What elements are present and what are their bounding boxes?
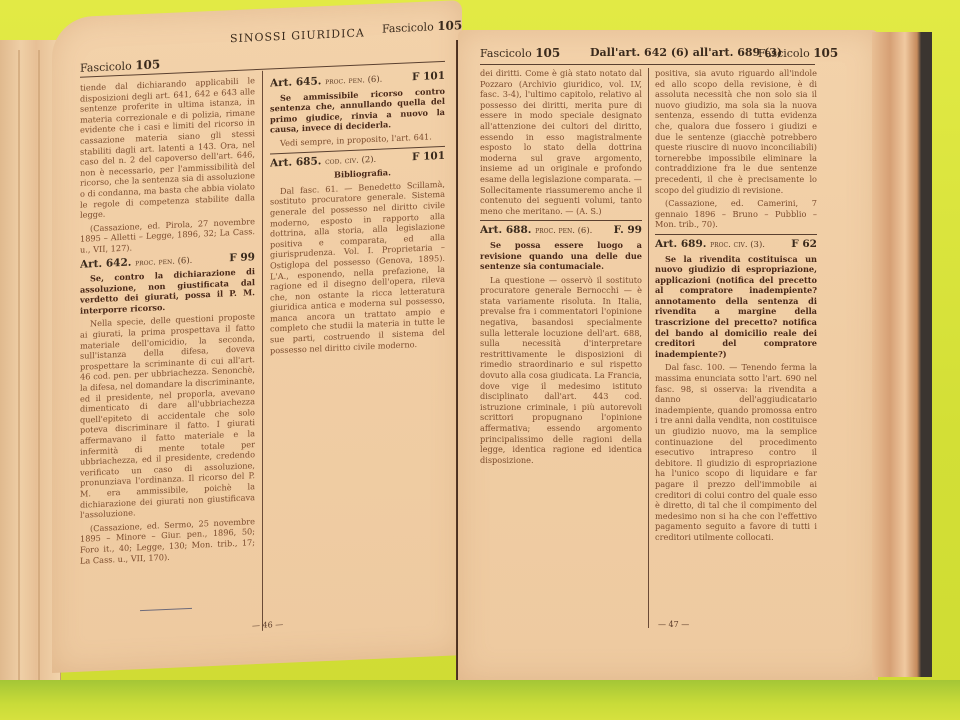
right-header-title: Dall'art. 642 (6) all'art. 689 (3): [590, 46, 782, 59]
article-rule: [480, 220, 642, 221]
citation: (Cassazione, ed. Pirola, 27 novembre 189…: [80, 216, 255, 255]
left-header-fascicolo-right: Fascicolo 105: [382, 18, 462, 36]
paragraph: Dal fasc. 61. — Benedetto Scillamà, sost…: [270, 179, 445, 356]
left-header-fascicolo: Fascicolo 105: [80, 57, 160, 75]
article-rule: [655, 234, 817, 235]
right-header-fascicolo-right: Fascicolo 105: [758, 46, 838, 60]
left-header-title: SINOSSI GIURIDICA: [230, 26, 365, 45]
citation: (Cassazione, ed. Sermo, 25 novembre 1895…: [80, 516, 255, 566]
header-rule: [480, 64, 815, 65]
paragraph: Dal fasc. 100. — Tenendo ferma la massim…: [655, 362, 817, 542]
right-page-edge-and-cover: [872, 32, 932, 677]
paragraph: La questione — osservò il sostituto proc…: [480, 275, 642, 466]
article-summary: Se, contro la dichiarazione di assoluzio…: [80, 266, 255, 316]
paragraph: tiende dal dichiarando applicabili le di…: [80, 75, 255, 220]
article-summary: Se possa essere luogo a revisione quando…: [480, 240, 642, 272]
right-header-fascicolo-left: Fascicolo 105: [480, 46, 560, 60]
left-page: Fascicolo 105 SINOSSI GIURIDICA Fascicol…: [52, 0, 462, 673]
column-separator: [262, 71, 263, 631]
right-column-2: positiva, sia avuto riguardo all'indole …: [655, 68, 817, 628]
paragraph: positiva, sia avuto riguardo all'indole …: [655, 68, 817, 195]
article-summary: Se la rivendita costituisca un nuovo giu…: [655, 254, 817, 360]
page-number: — 47 —: [658, 620, 689, 629]
left-column-1: tiende dal dichiarando applicabili le di…: [80, 75, 255, 643]
page-number: — 46 —: [252, 620, 283, 630]
paragraph: Nella specie, delle questioni proposte a…: [80, 312, 255, 521]
article-summary: Se ammissibile ricorso contro sentenza c…: [270, 85, 445, 135]
citation: (Cassazione, ed. Camerini, 7 gennaio 189…: [655, 198, 817, 230]
right-page: Fascicolo 105 Dall'art. 642 (6) all'art.…: [458, 30, 878, 680]
right-column-1: dei diritti. Come è già stato notato dal…: [480, 68, 642, 628]
paragraph: dei diritti. Come è già stato notato dal…: [480, 68, 642, 216]
column-separator: [648, 68, 649, 628]
left-column-2: Art. 645. proc. pen. (6). F 101 Se ammis…: [270, 67, 445, 635]
table-shadow: [0, 680, 960, 720]
article-heading-688: Art. 688. proc. pen. (6). F. 99: [480, 225, 642, 237]
article-heading-689: Art. 689. proc. civ. (3). F 62: [655, 239, 817, 251]
